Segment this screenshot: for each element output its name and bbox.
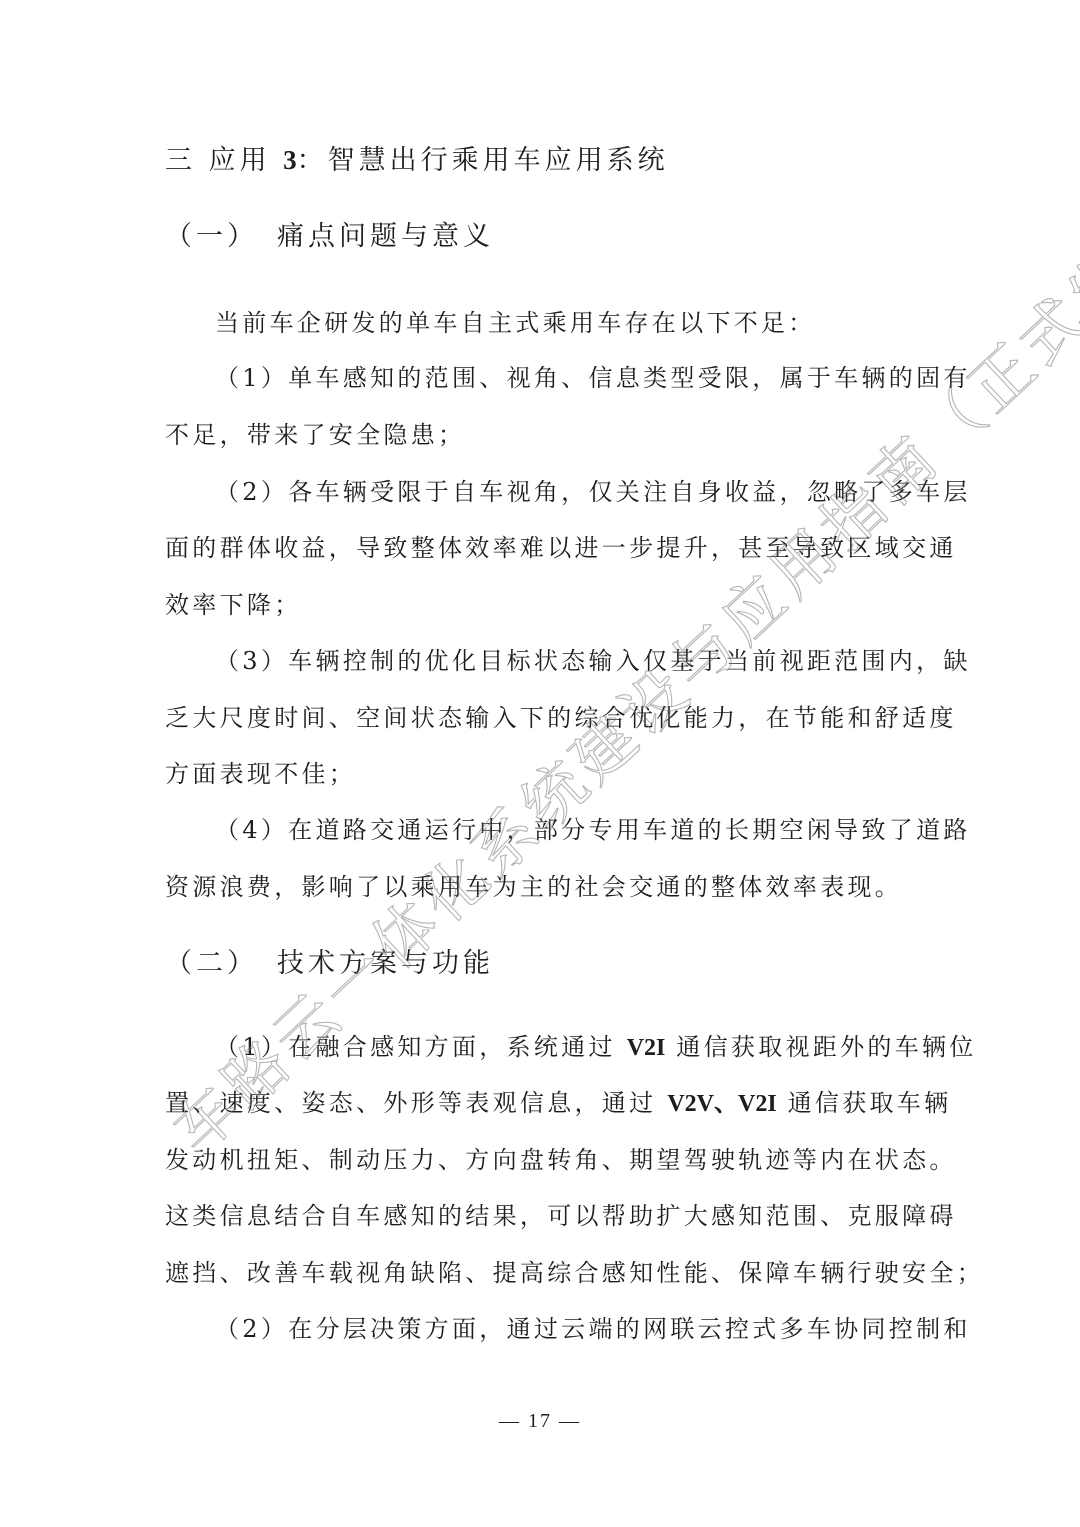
paragraph-line: （4）在道路交通运行中，部分专用车道的长期空闲导致了道路 xyxy=(215,815,917,845)
paragraph-line: （1）在融合感知方面，系统通过 V2I 通信获取视距外的车辆位 xyxy=(215,1032,917,1063)
paragraph-line: 效率下降； xyxy=(165,590,917,620)
paragraph-line: 资源浪费，影响了以乘用车为主的社会交通的整体效率表现。 xyxy=(165,872,917,902)
paragraph-line: 方面表现不佳； xyxy=(165,759,917,789)
subsection-number: （一） xyxy=(165,220,277,254)
subsection-title: 痛点问题与意义 xyxy=(277,221,494,252)
subsection-heading-pain-points: （一）痛点问题与意义 xyxy=(165,220,494,254)
subsection-heading-tech-solution: （二）技术方案与功能 xyxy=(165,947,494,981)
subsection-title: 技术方案与功能 xyxy=(277,948,494,979)
section-title: 三 应用 3：智慧出行乘用车应用系统 xyxy=(165,143,669,178)
paragraph-line: 置、速度、姿态、外形等表观信息，通过 V2V、V2I 通信获取车辆 xyxy=(165,1088,917,1119)
paragraph-line: （2）各车辆受限于自车视角，仅关注自身收益，忽略了多车层 xyxy=(215,477,917,507)
paragraph-line: 遮挡、改善车载视角缺陷、提高综合感知性能、保障车辆行驶安全； xyxy=(165,1258,917,1288)
paragraph-line: 面的群体收益，导致整体效率难以进一步提升，甚至导致区域交通 xyxy=(165,533,917,563)
paragraph-line: （2）在分层决策方面，通过云端的网联云控式多车协同控制和 xyxy=(215,1314,917,1344)
paragraph-line: 乏大尺度时间、空间状态输入下的综合优化能力，在节能和舒适度 xyxy=(165,703,917,733)
paragraph-line: （3）车辆控制的优化目标状态输入仅基于当前视距范围内，缺 xyxy=(215,646,917,676)
paragraph-line: 这类信息结合自车感知的结果，可以帮助扩大感知范围、克服障碍 xyxy=(165,1201,917,1231)
text-run: 置、速度、姿态、外形等表观信息，通过 xyxy=(165,1089,667,1117)
page-number: — 17 — xyxy=(0,1410,1080,1433)
paragraph-line: 不足，带来了安全隐患； xyxy=(165,420,917,450)
document-page: 三 应用 3：智慧出行乘用车应用系统 （一）痛点问题与意义 当前车企研发的单车自… xyxy=(0,0,1080,1527)
section-title-number: 3 xyxy=(283,145,297,175)
paragraph-intro: 当前车企研发的单车自主式乘用车存在以下不足： xyxy=(215,308,917,338)
text-run: （1）在融合感知方面，系统通过 xyxy=(215,1033,627,1061)
text-run: 通信获取车辆 xyxy=(777,1089,952,1117)
term-v2i: V2I xyxy=(627,1035,666,1061)
text-run: 通信获取视距外的车辆位 xyxy=(665,1033,976,1061)
term-v2v-v2i: V2V、V2I xyxy=(667,1091,776,1117)
paragraph-line: （1）单车感知的范围、视角、信息类型受限，属于车辆的固有 xyxy=(215,363,917,393)
paragraph-line: 发动机扭矩、制动压力、方向盘转角、期望驾驶轨迹等内在状态。 xyxy=(165,1145,917,1175)
section-title-prefix: 三 应用 xyxy=(165,145,283,176)
section-title-text: ：智慧出行乘用车应用系统 xyxy=(297,145,669,176)
subsection-number: （二） xyxy=(165,947,277,981)
